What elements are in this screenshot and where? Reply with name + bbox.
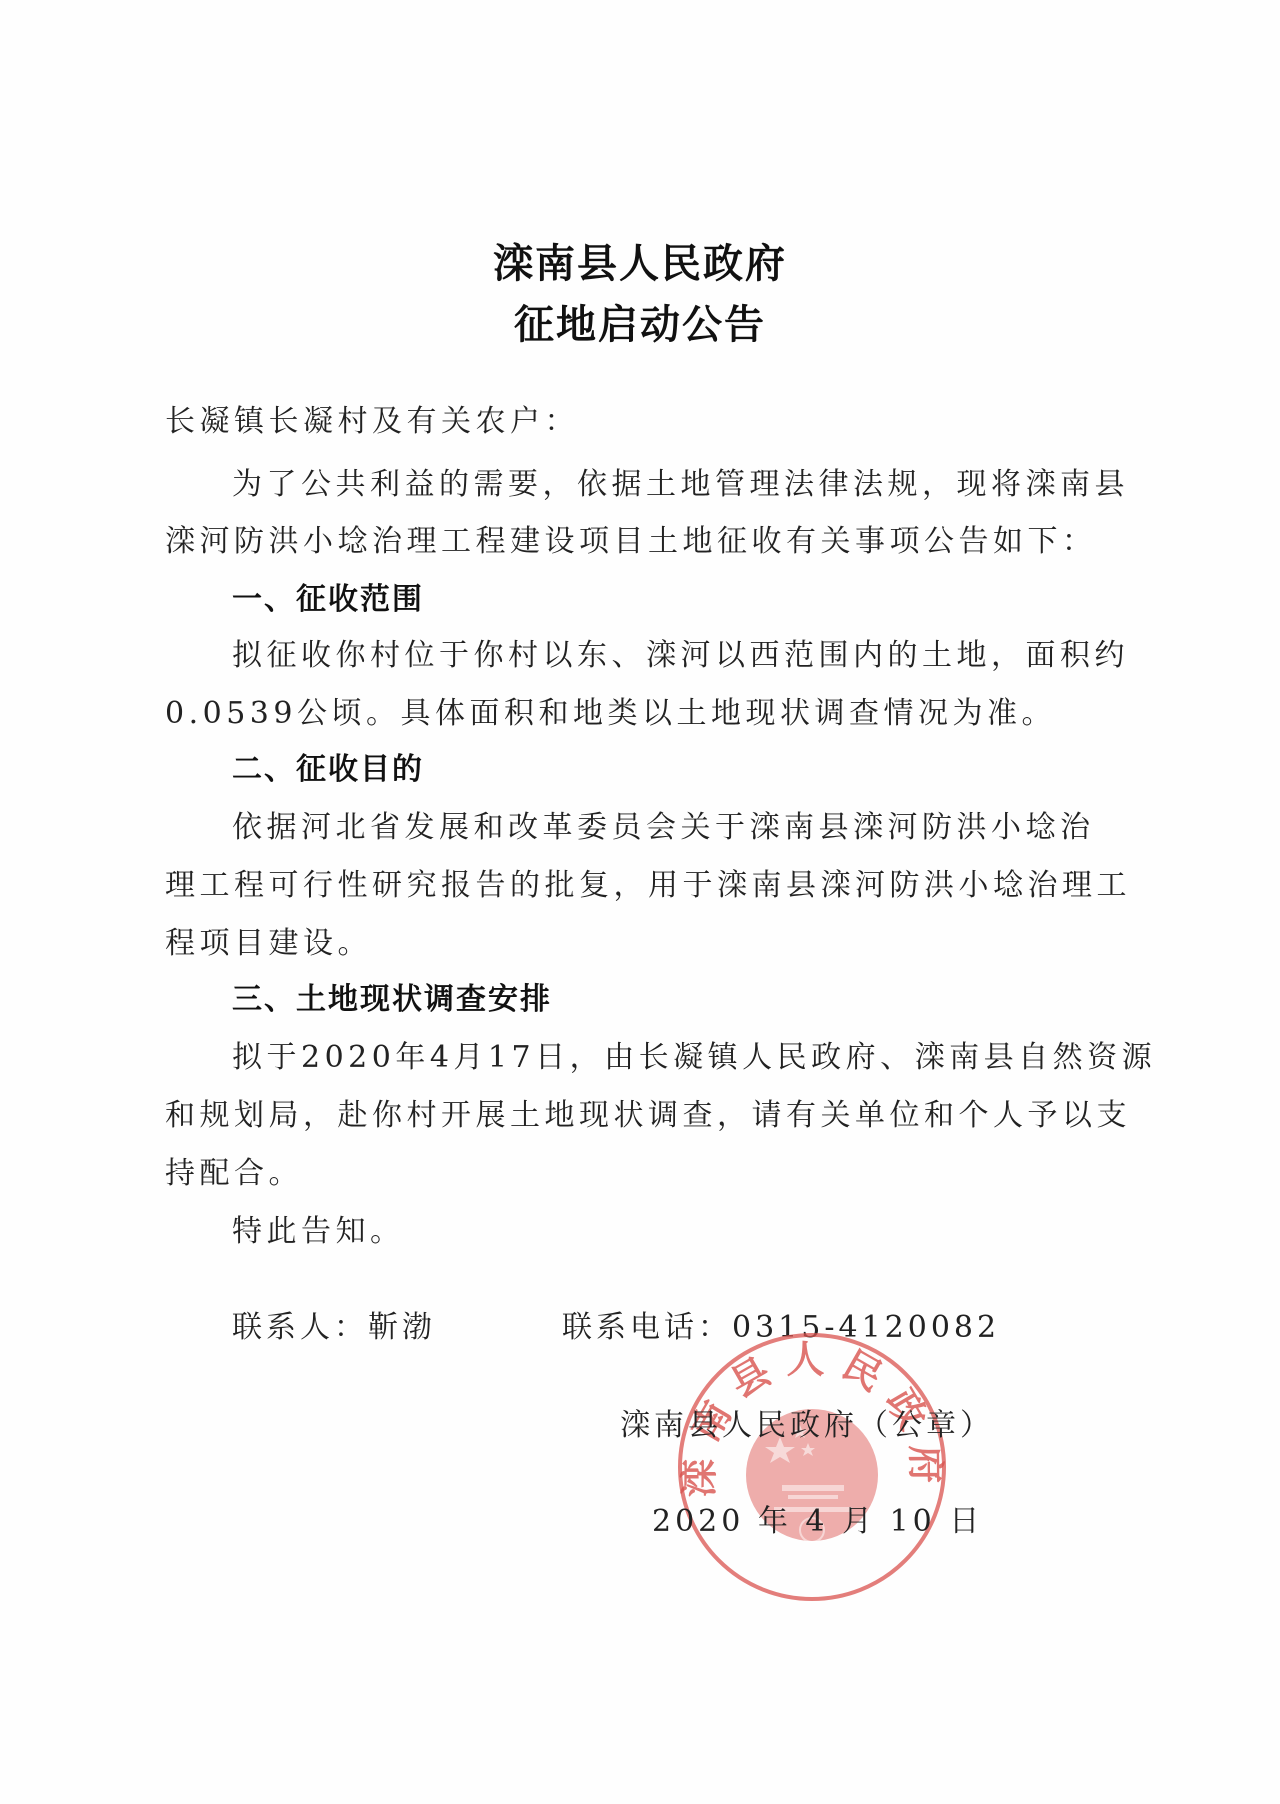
- section-scope-line-1: 拟征收你村位于你村以东、滦河以西范围内的土地，面积约: [232, 636, 1182, 676]
- section-survey-line-2: 和规划局，赴你村开展土地现状调查，请有关单位和个人予以支: [165, 1096, 1115, 1136]
- closing-remark: 特此告知。: [232, 1212, 1182, 1252]
- contact-phone: 联系电话：0315-4120082: [562, 1308, 1000, 1348]
- section-purpose-line-3: 程项目建设。: [165, 924, 1115, 964]
- section-survey-line-3: 持配合。: [165, 1154, 1115, 1194]
- section-purpose-line-2: 理工程可行性研究报告的批复，用于滦南县滦河防洪小埝治理工: [165, 866, 1115, 906]
- section-heading-purpose: 二、征收目的: [232, 750, 1182, 790]
- section-heading-survey: 三、土地现状调查安排: [232, 980, 1182, 1020]
- section-purpose-line-1: 依据河北省发展和改革委员会关于滦南县滦河防洪小埝治: [232, 808, 1182, 848]
- official-seal-icon: 滦南县人民政府: [670, 1325, 955, 1610]
- signature-issuer: 滦南县人民政府（公章）: [620, 1406, 994, 1446]
- document-page: 滦南县人民政府 征地启动公告 长凝镇长凝村及有关农户： 为了公共利益的需要，依据…: [0, 0, 1280, 1804]
- document-title-line2: 征地启动公告: [0, 293, 1280, 350]
- section-heading-scope: 一、征收范围: [232, 580, 1182, 620]
- issue-date: 2020 年 4 月 10 日: [652, 1502, 983, 1542]
- section-scope-line-2: 0.0539公顷。具体面积和地类以土地现状调查情况为准。: [165, 694, 1115, 734]
- intro-line-1: 为了公共利益的需要，依据土地管理法律法规，现将滦南县: [232, 465, 1182, 505]
- section-survey-line-1: 拟于2020年4月17日，由长凝镇人民政府、滦南县自然资源: [232, 1038, 1182, 1078]
- document-title-line1: 滦南县人民政府: [0, 232, 1280, 289]
- contact-person: 联系人：靳渤: [232, 1308, 436, 1348]
- addressee: 长凝镇长凝村及有关农户：: [165, 402, 1115, 442]
- intro-line-2: 滦河防洪小埝治理工程建设项目土地征收有关事项公告如下：: [165, 522, 1115, 562]
